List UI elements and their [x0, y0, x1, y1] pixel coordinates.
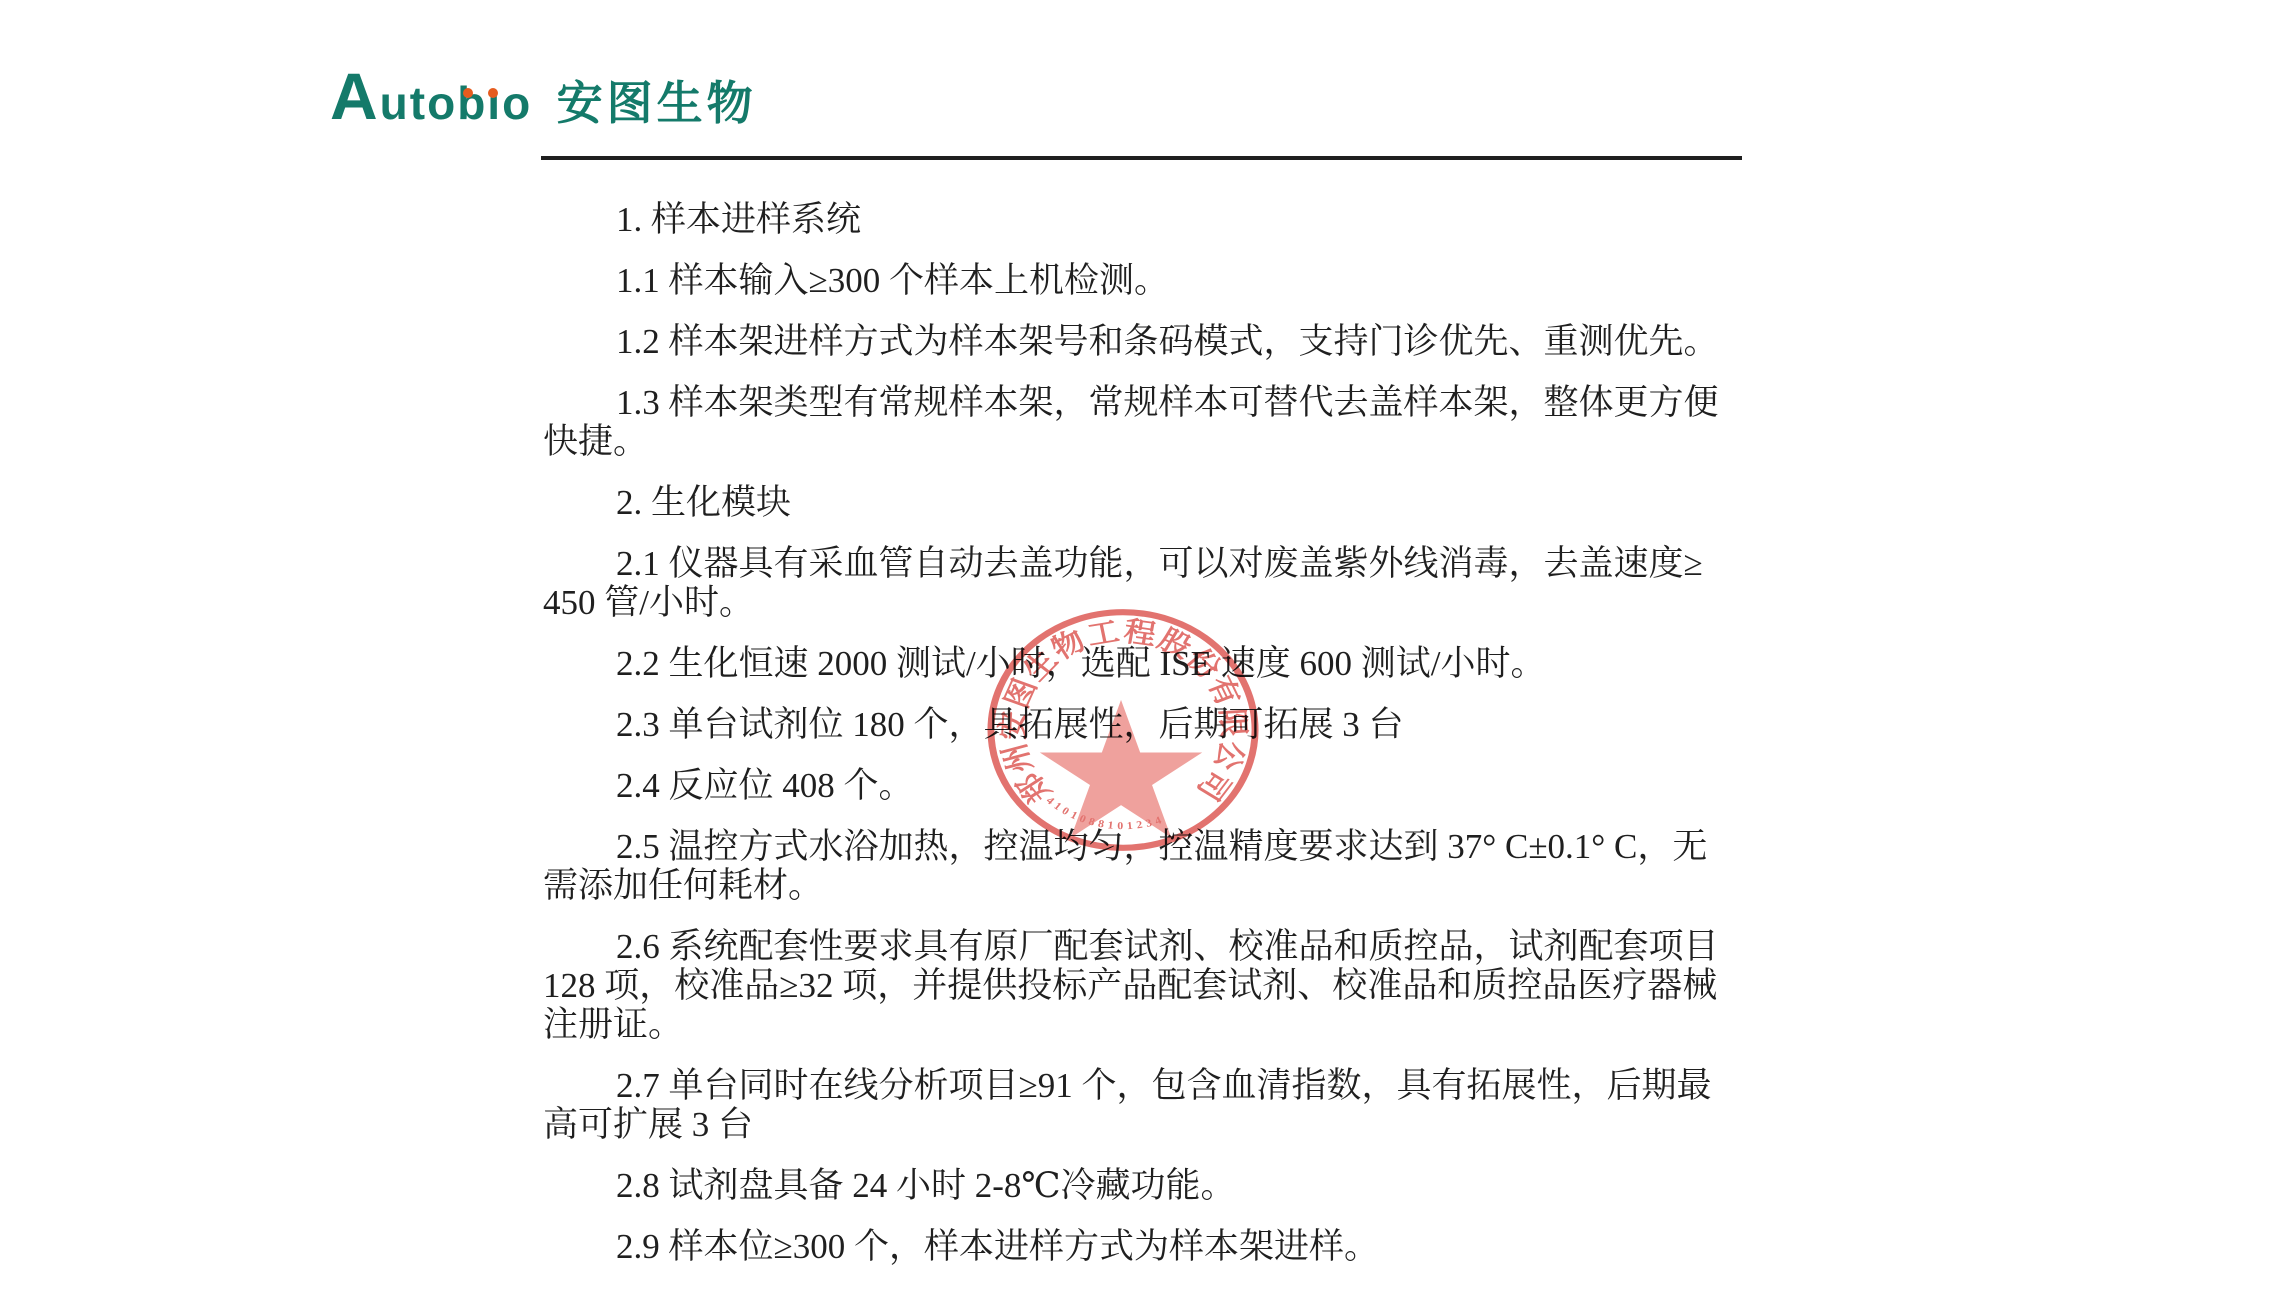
paragraph-line: 1.1 样本输入≥300 个样本上机检测。 — [543, 261, 1743, 300]
paragraph-line: 1.2 样本架进样方式为样本架号和条码模式，支持门诊优先、重测优先。 — [543, 322, 1743, 361]
paragraph-line: 2.8 试剂盘具备 24 小时 2-8℃冷藏功能。 — [543, 1166, 1743, 1205]
paragraph-line: 2.7 单台同时在线分析项目≥91 个，包含血清指数，具有拓展性，后期最 — [543, 1066, 1743, 1105]
logo-orange-dot-icon — [488, 88, 498, 98]
paragraph: 2.7 单台同时在线分析项目≥91 个，包含血清指数，具有拓展性，后期最高可扩展… — [543, 1066, 1743, 1144]
document-text: 1. 样本进样系统1.1 样本输入≥300 个样本上机检测。1.2 样本架进样方… — [543, 200, 1743, 1288]
paragraph: 2.3 单台试剂位 180 个，具拓展性，后期可拓展 3 台 — [543, 705, 1743, 744]
paragraph-line: 2.5 温控方式水浴加热，控温均匀，控温精度要求达到 37° C±0.1° C，… — [543, 827, 1743, 866]
header-divider — [541, 156, 1742, 160]
paragraph-line: 高可扩展 3 台 — [543, 1105, 1743, 1144]
paragraph: 2.8 试剂盘具备 24 小时 2-8℃冷藏功能。 — [543, 1166, 1743, 1205]
paragraph-line: 2.3 单台试剂位 180 个，具拓展性，后期可拓展 3 台 — [543, 705, 1743, 744]
logo-orange-dot-icon — [463, 88, 473, 98]
paragraph: 2.5 温控方式水浴加热，控温均匀，控温精度要求达到 37° C±0.1° C，… — [543, 827, 1743, 905]
paragraph: 2.4 反应位 408 个。 — [543, 766, 1743, 805]
logo-cjk-text: 安图生物 — [557, 77, 757, 129]
paragraph: 2.1 仪器具有采血管自动去盖功能，可以对废盖紫外线消毒，去盖速度≥450 管/… — [543, 544, 1743, 622]
paragraph-line: 1.3 样本架类型有常规样本架，常规样本可替代去盖样本架，整体更方便 — [543, 383, 1743, 422]
paragraph-line: 注册证。 — [543, 1005, 1743, 1044]
paragraph-line: 1. 样本进样系统 — [543, 200, 1743, 239]
paragraph-line: 2. 生化模块 — [543, 483, 1743, 522]
logo-latin-text: utobıo — [380, 77, 533, 129]
paragraph-line: 快捷。 — [543, 422, 1743, 461]
paragraph-line: 需添加任何耗材。 — [543, 866, 1743, 905]
paragraph: 2.9 样本位≥300 个，样本进样方式为样本架进样。 — [543, 1227, 1743, 1266]
paragraph-line: 2.4 反应位 408 个。 — [543, 766, 1743, 805]
paragraph-line: 450 管/小时。 — [543, 583, 1743, 622]
paragraph-line: 2.9 样本位≥300 个，样本进样方式为样本架进样。 — [543, 1227, 1743, 1266]
logo-latin-cap: A — [330, 59, 379, 133]
document-page: Autobıo 安图生物 1. 样本进样系统1.1 样本输入≥300 个样本上机… — [0, 0, 2281, 1312]
paragraph-line: 2.6 系统配套性要求具有原厂配套试剂、校准品和质控品，试剂配套项目 — [543, 927, 1743, 966]
paragraph: 2.6 系统配套性要求具有原厂配套试剂、校准品和质控品，试剂配套项目128 项，… — [543, 927, 1743, 1044]
paragraph-line: 128 项，校准品≥32 项，并提供投标产品配套试剂、校准品和质控品医疗器械 — [543, 966, 1743, 1005]
paragraph-line: 2.1 仪器具有采血管自动去盖功能，可以对废盖紫外线消毒，去盖速度≥ — [543, 544, 1743, 583]
paragraph: 1.3 样本架类型有常规样本架，常规样本可替代去盖样本架，整体更方便快捷。 — [543, 383, 1743, 461]
paragraph: 2.2 生化恒速 2000 测试/小时，选配 ISE 速度 600 测试/小时。 — [543, 644, 1743, 683]
paragraph: 1.2 样本架进样方式为样本架号和条码模式，支持门诊优先、重测优先。 — [543, 322, 1743, 361]
paragraph: 1. 样本进样系统 — [543, 200, 1743, 239]
paragraph: 2. 生化模块 — [543, 483, 1743, 522]
autobio-logo: Autobıo 安图生物 — [330, 58, 757, 134]
paragraph-line: 2.2 生化恒速 2000 测试/小时，选配 ISE 速度 600 测试/小时。 — [543, 644, 1743, 683]
paragraph: 1.1 样本输入≥300 个样本上机检测。 — [543, 261, 1743, 300]
